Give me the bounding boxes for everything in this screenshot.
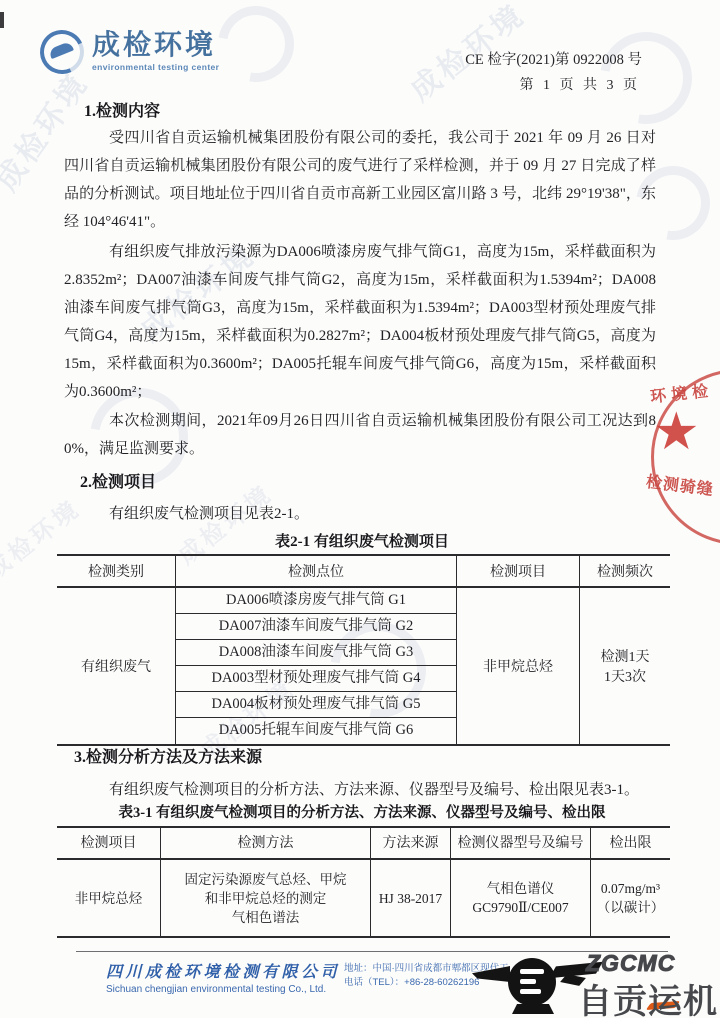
zgcmc-wordmark-cn: 自贡运机 [578, 974, 718, 1018]
point-row: DA005托辊车间废气排气筒 G6 [176, 718, 456, 744]
column-header-instrument: 检测仪器型号及编号 [450, 828, 590, 858]
section-3-paragraph-1: 有组织废气检测项目的分析方法、方法来源、仪器型号及编号、检出限见表3-1。 [64, 776, 656, 804]
logo-cn-text: 成检环境 [92, 30, 219, 60]
instrument-cell: 气相色谱仪 GC9790Ⅱ/CE007 [450, 860, 590, 936]
report-page: 成检环境 成检环境 成检环境 成检环境 成检环境 成检环境 成检环境 envir… [0, 0, 720, 1018]
section-1-title: 1.检测内容 [84, 98, 160, 121]
section-1-paragraph-2: 有组织废气排放污染源为DA006喷漆房废气排气筒G1，高度为15m，采样截面积为… [64, 238, 656, 406]
scan-edge-mark [0, 12, 4, 28]
column-header-limit: 检出限 [590, 828, 670, 858]
zgcmc-roller-icon [508, 958, 556, 1006]
item-cell: 非甲烷总烃 [57, 860, 160, 936]
point-row: DA007油漆车间废气排气筒 G2 [176, 614, 456, 640]
table-2-1-caption: 表2-1 有组织废气检测项目 [54, 530, 670, 551]
limit-cell: 0.07mg/m³ （以碳计） [590, 860, 670, 936]
table-3-1: 检测项目 检测方法 方法来源 检测仪器型号及编号 检出限 非甲烷总烃 固定污染源… [57, 826, 670, 938]
table-3-1-caption: 表3-1 有组织废气检测项目的分析方法、方法来源、仪器型号及编号、检出限 [54, 801, 670, 822]
column-header-item: 检测项目 [57, 828, 160, 858]
table-2-1-header-row: 检测类别 检测点位 检测项目 检测频次 [57, 556, 670, 588]
footer-company: 四川成检环境检测有限公司 Sichuan chengjian environme… [106, 959, 340, 995]
column-header-point: 检测点位 [175, 556, 456, 586]
column-header-source: 方法来源 [370, 828, 450, 858]
table-2-1: 检测类别 检测点位 检测项目 检测频次 有组织废气 DA006喷漆房废气排气筒 … [57, 554, 670, 746]
column-header-method: 检测方法 [160, 828, 370, 858]
seal-star-icon: ★ [653, 407, 700, 459]
source-cell: HJ 38-2017 [370, 860, 450, 936]
point-list: DA006喷漆房废气排气筒 G1 DA007油漆车间废气排气筒 G2 DA008… [175, 588, 456, 744]
point-row: DA003型材预处理废气排气筒 G4 [176, 666, 456, 692]
section-1-paragraph-1: 受四川省自贡运输机械集团股份有限公司的委托，我公司于 2021 年 09 月 2… [64, 124, 656, 236]
point-row: DA008油漆车间废气排气筒 G3 [176, 640, 456, 666]
footer-company-en: Sichuan chengjian environmental testing … [106, 984, 340, 995]
table-3-1-body: 非甲烷总烃 固定污染源废气总烃、甲烷 和非甲烷总烃的测定 气相色谱法 HJ 38… [57, 860, 670, 936]
zgcmc-stand-icon [512, 1004, 554, 1014]
page-number: 第 1 页 共 3 页 [520, 74, 641, 94]
footer-company-cn: 四川成检环境检测有限公司 [106, 959, 340, 982]
table-2-1-body: 有组织废气 DA006喷漆房废气排气筒 G1 DA007油漆车间废气排气筒 G2… [57, 588, 670, 744]
item-cell: 非甲烷总烃 [456, 588, 579, 744]
section-2-paragraph-1: 有组织废气检测项目见表2-1。 [64, 500, 656, 528]
point-row: DA004板材预处理废气排气筒 G5 [176, 692, 456, 718]
frequency-cell: 检测1天 1天3次 [579, 588, 670, 744]
section-3-title: 3.检测分析方法及方法来源 [74, 744, 262, 767]
logo-en-tagline: environmental testing center [92, 62, 219, 72]
section-2-title: 2.检测项目 [80, 469, 156, 492]
seam-seal-stamp: 环境检 ★ 检测骑缝 [640, 355, 720, 535]
column-header-category: 检测类别 [57, 556, 175, 586]
company-logo: 成检环境 environmental testing center [40, 30, 219, 74]
zgcmc-wordmark-en: ZGCMC [586, 950, 675, 977]
column-header-item: 检测项目 [456, 556, 579, 586]
section-1-paragraph-3: 本次检测期间，2021年09月26日四川省自贡运输机械集团股份有限公司工况达到8… [64, 407, 656, 463]
point-row: DA006喷漆房废气排气筒 G1 [176, 588, 456, 614]
category-cell: 有组织废气 [57, 588, 175, 744]
zgcmc-left-wing-icon [472, 966, 510, 982]
zgcmc-logo: ZGCMC 自贡运机 [466, 940, 720, 1018]
method-cell: 固定污染源废气总烃、甲烷 和非甲烷总烃的测定 气相色谱法 [160, 860, 370, 936]
table-3-1-header-row: 检测项目 检测方法 方法来源 检测仪器型号及编号 检出限 [57, 828, 670, 860]
report-number: CE 检字(2021)第 0922008 号 [465, 48, 642, 69]
column-header-frequency: 检测频次 [579, 556, 670, 586]
chengjian-logo-icon [40, 30, 84, 74]
